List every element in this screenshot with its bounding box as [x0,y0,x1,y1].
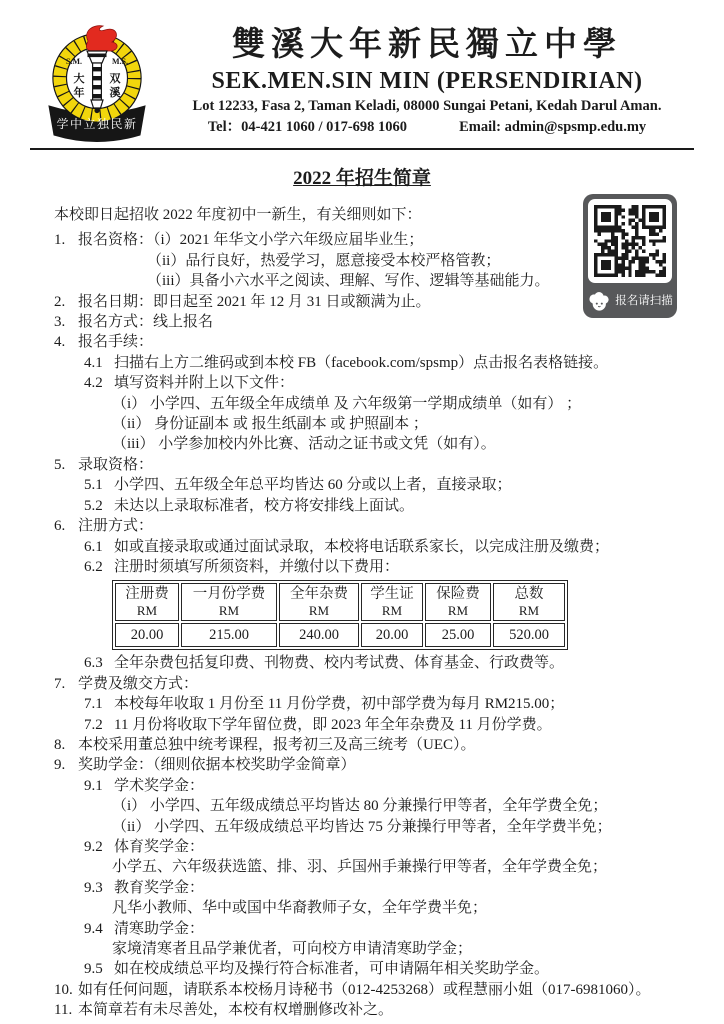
list-line: 5.2未达以上录取标准者，校方将安排线上面试。 [0,496,724,516]
list-line-text: 填写资料并附上以下文件： [114,373,294,393]
list-line: 7.211 月份将收取下学年留位费，即 2023 年全年杂费及 11 月份学费。 [0,715,724,735]
lamb-mascot-icon [587,291,611,312]
page-title: 2022 年招生简章 [0,166,724,192]
fee-column-header: 学生证RM [361,583,423,621]
list-line-number: 9.4 [84,919,114,939]
list-line-number: 4. [54,332,78,352]
list-line-text: 如有任何问题，请联系本校杨月诗秘书（012-4253268）或程慧丽小姐（017… [78,980,651,1000]
email-address: Email: admin@spsmp.edu.my [459,117,646,138]
fee-column-label: 一月份学费 [186,586,272,603]
numbered-list-part2: 6.3全年杂费包括复印费、刊物费、校内考试费、体育基金、行政费等。7.学费及缴交… [0,653,724,1020]
list-line-text: 11 月份将收取下学年留位费，即 2023 年全年杂费及 11 月份学费。 [114,715,552,735]
list-line-text: 凡华小教师、华中或国中华裔教师子女，全年学费半免； [112,898,487,918]
list-line-number: 4.1 [84,353,114,373]
fee-table-header-row: 注册费RM一月份学费RM全年杂费RM学生证RM保险费RM总数RM [115,583,565,621]
list-line-text: 小学四、五年级全年总平均皆达 60 分或以上者，直接录取； [114,475,512,495]
list-line-number: 6.1 [84,537,114,557]
list-line-text: 学术奖学金： [114,776,204,796]
list-line-text: 清寒助学金： [114,919,204,939]
list-line: 7.1本校每年收取 1 月份至 11 月份学费，初中部学费为每月 RM215.0… [0,694,724,714]
qr-caption: 报名请扫描 [583,289,677,313]
list-line-text: 家境清寒者且品学兼优者，可向校方申请清寒助学金； [112,939,472,959]
list-line-text: （ii）品行良好，热爱学习，愿意接受本校严格管教； [147,251,500,271]
list-line-text: 奖助学金：（细则依据本校奖助学金简章） [78,755,356,775]
list-line-text: 学费及缴交方式： [78,674,198,694]
list-line-text: 全年杂费包括复印费、刊物费、校内考试费、体育基金、行政费等。 [114,653,564,673]
logo-initials-right: M.S. [112,57,128,66]
fee-table-value-row: 20.00215.00240.0020.0025.00520.00 [115,623,565,647]
list-line: 9.1学术奖学金： [0,776,724,796]
list-line-text: 录取资格： [78,455,153,475]
list-line-number: 9. [54,755,78,775]
list-line: （iii） 小学参加校内外比赛、活动之证书或文凭（如有）。 [0,434,724,454]
list-line: 8.本校采用董总独中统考课程，报考初三及高三统考（UEC）。 [0,735,724,755]
list-line-number: 7.2 [84,715,114,735]
list-line-number: 5. [54,455,78,475]
school-name-en: SEK.MEN.SIN MIN (PERSENDIRIAN) [158,66,696,96]
qr-code [588,199,672,283]
list-line-number: 9.1 [84,776,114,796]
list-line: 10.如有任何问题，请联系本校杨月诗秘书（012-4253268）或程慧丽小姐（… [0,980,724,1000]
svg-text:大: 大 [74,71,85,85]
fee-value: 20.00 [361,623,423,647]
fee-column-unit: RM [498,603,560,618]
list-line-number: 11. [54,1000,78,1020]
list-line-number: 2. [54,292,78,312]
fee-value: 215.00 [181,623,277,647]
list-line-text: 教育奖学金： [114,878,204,898]
qr-caption-text: 报名请扫描 [615,289,673,313]
fee-value: 240.00 [279,623,359,647]
list-line-number: 7. [54,674,78,694]
list-line: 4.2填写资料并附上以下文件： [0,373,724,393]
fee-column-unit: RM [120,603,174,618]
list-line: （i） 小学四、五年级成绩总平均皆达 80 分兼操行甲等者，全年学费全免； [0,796,724,816]
fee-column-header: 注册费RM [115,583,179,621]
list-line-text: 报名手续： [78,332,153,352]
fee-column-label: 全年杂费 [284,586,354,603]
list-line: 凡华小教师、华中或国中华裔教师子女，全年学费半免； [0,898,724,918]
list-line-text: 报名资格：（i）2021 年华文小学六年级应届毕业生； [78,230,423,250]
fee-column-label: 保险费 [430,586,486,603]
list-line-number: 6. [54,516,78,536]
school-name-zh: 雙溪大年新民獨立中學 [158,24,696,66]
list-line-text: 报名日期：即日起至 2021 年 12 月 31 日或额满为止。 [78,292,431,312]
list-line: 9.2体育奖学金： [0,837,724,857]
registration-qr-box: 报名请扫描 [583,194,677,318]
list-line: 11.本简章若有未尽善处，本校有权增删修改补之。 [0,1000,724,1020]
contact-line: Tel：04-421 1060 / 017-698 1060 Email: ad… [158,117,696,138]
fee-column-header: 保险费RM [425,583,491,621]
list-line-text: 注册方式： [78,516,153,536]
list-line: （ii） 小学四、五年级成绩总平均皆达 75 分兼操行甲等者，全年学费半免； [0,817,724,837]
list-line-number: 8. [54,735,78,755]
list-line-text: （i） 小学四、五年级成绩总平均皆达 80 分兼操行甲等者，全年学费全免； [112,796,607,816]
list-line-text: 注册时须填写所须资料，并缴付以下费用： [114,557,399,577]
list-line-text: （i） 小学四、五年级全年成绩单 及 六年级第一学期成绩单（如有） ； [112,394,581,414]
fee-column-header: 全年杂费RM [279,583,359,621]
list-line-text: 报名方式：线上报名 [78,312,213,332]
list-line-text: （ii） 小学四、五年级成绩总平均皆达 75 分兼操行甲等者，全年学费半免； [112,817,612,837]
torch-flame-icon [86,26,117,51]
list-line-text: 如或直接录取或通过面试录取，本校将电话联系家长，以完成注册及缴费； [114,537,609,557]
list-line-number: 10. [54,980,78,1000]
fee-column-label: 总数 [498,586,560,603]
list-line: 4.1扫描右上方二维码或到本校 FB（facebook.com/spsmp）点击… [0,353,724,373]
list-line-text: 本校采用董总独中统考课程，报考初三及高三统考（UEC）。 [78,735,476,755]
list-line: 9.5如在校成绩总平均及操行符合标准者，可申请隔年相关奖助学金。 [0,959,724,979]
list-line-text: （iii） 小学参加校内外比赛、活动之证书或文凭（如有）。 [112,434,496,454]
list-line-text: 本校每年收取 1 月份至 11 月份学费，初中部学费为每月 RM215.00； [114,694,564,714]
list-line-number: 7.1 [84,694,114,714]
list-line-text: 如在校成绩总平均及操行符合标准者，可申请隔年相关奖助学金。 [114,959,549,979]
list-line: 小学五、六年级获选篮、排、羽、乒国州手兼操行甲等者，全年学费全免； [0,857,724,877]
list-line-text: （iii）具备小六水平之阅读、理解、写作、逻辑等基础能力。 [147,271,550,291]
list-line: 6.2注册时须填写所须资料，并缴付以下费用： [0,557,724,577]
fee-value: 520.00 [493,623,565,647]
letterhead: S.M. M.S. 大 年 双 溪 学中立独民新 雙溪大年新民獨立中學 SEK.… [0,0,724,138]
list-line-number: 6.2 [84,557,114,577]
list-line: 5.1小学四、五年级全年总平均皆达 60 分或以上者，直接录取； [0,475,724,495]
list-line: 6.3全年杂费包括复印费、刊物费、校内考试费、体育基金、行政费等。 [0,653,724,673]
fee-column-label: 学生证 [366,586,418,603]
fee-column-header: 一月份学费RM [181,583,277,621]
list-line-number: 1. [54,230,78,250]
list-line-text: 本简章若有未尽善处，本校有权增删修改补之。 [78,1000,393,1020]
fee-column-unit: RM [366,603,418,618]
fee-column-unit: RM [430,603,486,618]
fee-value: 20.00 [115,623,179,647]
list-line-text: 未达以上录取标准者，校方将安排线上面试。 [114,496,414,516]
fee-column-header: 总数RM [493,583,565,621]
list-line: 6.1如或直接录取或通过面试录取，本校将电话联系家长，以完成注册及缴费； [0,537,724,557]
document-page: S.M. M.S. 大 年 双 溪 学中立独民新 雙溪大年新民獨立中學 SEK.… [0,0,724,1024]
list-line-number: 9.3 [84,878,114,898]
svg-text:双: 双 [110,72,121,85]
fee-column-unit: RM [186,603,272,618]
list-line-number: 5.1 [84,475,114,495]
letterhead-text: 雙溪大年新民獨立中學 SEK.MEN.SIN MIN (PERSENDIRIAN… [158,24,696,138]
list-line-number: 4.2 [84,373,114,393]
qr-pattern [594,205,666,277]
logo-ribbon-motto: 学中立独民新 [56,116,137,131]
list-line: 9.奖助学金：（细则依据本校奖助学金简章） [0,755,724,775]
list-line-number: 9.2 [84,837,114,857]
list-line: 7.学费及缴交方式： [0,674,724,694]
list-line: 4.报名手续： [0,332,724,352]
list-line: 5.录取资格： [0,455,724,475]
list-line-text: 扫描右上方二维码或到本校 FB（facebook.com/spsmp）点击报名表… [114,353,608,373]
fee-table: 注册费RM一月份学费RM全年杂费RM学生证RM保险费RM总数RM 20.0021… [112,580,568,650]
svg-text:溪: 溪 [110,85,121,99]
list-line-number: 9.5 [84,959,114,979]
list-line: 家境清寒者且品学兼优者，可向校方申请清寒助学金； [0,939,724,959]
list-line-text: 小学五、六年级获选篮、排、羽、乒国州手兼操行甲等者，全年学费全免； [112,857,607,877]
letterhead-divider [30,148,694,150]
list-line: （i） 小学四、五年级全年成绩单 及 六年级第一学期成绩单（如有） ； [0,394,724,414]
fee-column-label: 注册费 [120,586,174,603]
logo-initials-left: S.M. [66,57,82,66]
list-line: 6.注册方式： [0,516,724,536]
list-line-text: （ii） 身份证副本 或 报生纸副本 或 护照副本 ； [112,414,428,434]
list-line-number: 6.3 [84,653,114,673]
school-address: Lot 12233, Fasa 2, Taman Keladi, 08000 S… [158,96,696,117]
list-line-text: 体育奖学金： [114,837,204,857]
list-line-number: 3. [54,312,78,332]
list-line-number: 5.2 [84,496,114,516]
fee-column-unit: RM [284,603,354,618]
school-logo: S.M. M.S. 大 年 双 溪 学中立独民新 [44,22,150,142]
phone-numbers: Tel：04-421 1060 / 017-698 1060 [208,117,407,138]
list-line: 9.3教育奖学金： [0,878,724,898]
svg-text:年: 年 [74,85,85,99]
fee-value: 25.00 [425,623,491,647]
list-line: （ii） 身份证副本 或 报生纸副本 或 护照副本 ； [0,414,724,434]
list-line: 9.4清寒助学金： [0,919,724,939]
